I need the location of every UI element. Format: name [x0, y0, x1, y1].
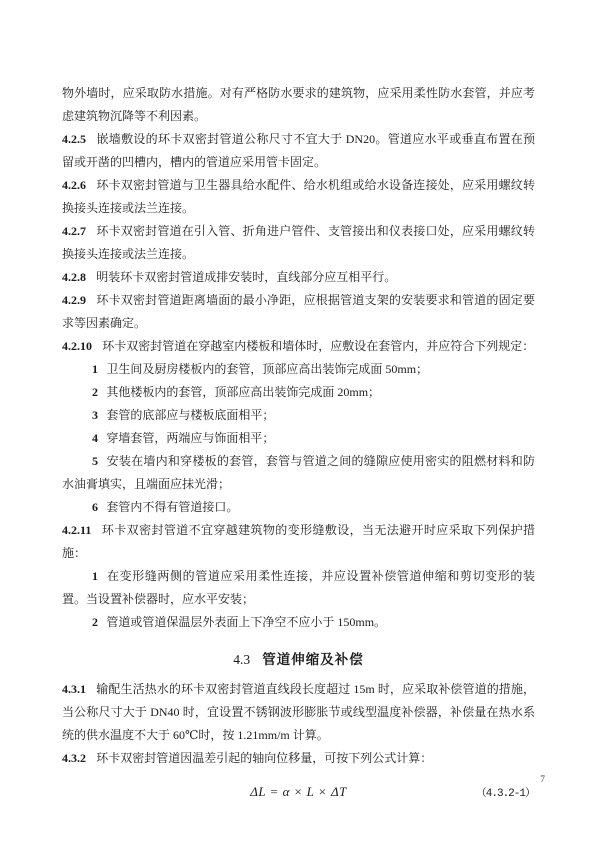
- list-item: 1在变形缝两侧的管道应采用柔性连接，并应设置补偿管道伸缩和剪切变形的装置。当设置…: [62, 565, 535, 611]
- list-item: 3套管的底部应与楼板底面相平；: [62, 404, 535, 427]
- paragraph-text: 环卡双密封管道距离墙面的最小净距，应根据管道支架的安装要求和管道的固定要求等因素…: [62, 293, 535, 330]
- item-number: 6: [92, 500, 98, 514]
- clause-paragraph: 4.2.8明装环卡双密封管道成排安装时，直线部分应互相平行。: [62, 266, 535, 289]
- item-number: 4: [92, 431, 98, 445]
- item-number: 2: [92, 385, 98, 399]
- clause-paragraph: 4.2.6环卡双密封管道与卫生器具给水配件、给水机组或给水设备连接处，应采用螺纹…: [62, 174, 535, 220]
- paragraph-text: 环卡双密封管道因温差引起的轴向位移量，可按下列公式计算：: [96, 751, 432, 765]
- item-number: 1: [92, 362, 98, 376]
- paragraph-text: 物外墙时，应采取防水措施。对有严格防水要求的建筑物，应采用柔性防水套管，并应考虑…: [62, 86, 535, 123]
- list-item: 2管道或管道保温层外表面上下净空不应小于 150mm。: [62, 611, 535, 634]
- list-item: 5安装在墙内和穿楼板的套管，套管与管道之间的缝隙应使用密实的阻燃材料和防水油膏填…: [62, 450, 535, 496]
- paragraph-text: 输配生活热水的环卡双密封管道直线段长度超过 15m 时，应采取补偿管道的措施，当…: [62, 682, 535, 742]
- clause-number: 4.2.11: [62, 523, 91, 537]
- item-number: 2: [92, 615, 98, 629]
- item-number: 1: [92, 569, 98, 583]
- paragraph-text: 环卡双密封管道在穿越室内楼板和墙体时，应敷设在套管内，并应符合下列规定：: [102, 339, 534, 353]
- paragraph-text: 明装环卡双密封管道成排安装时，直线部分应互相平行。: [96, 270, 396, 284]
- paragraph-text: 穿墙套管，两端应与饰面相平；: [106, 431, 274, 445]
- section-number: 4.3: [233, 652, 250, 667]
- paragraph-text: 在变形缝两侧的管道应采用柔性连接，并应设置补偿管道伸缩和剪切变形的装置。当设置补…: [62, 569, 535, 606]
- paragraph-text: 套管内不得有管道接口。: [106, 500, 238, 514]
- item-number: 3: [92, 408, 98, 422]
- section-title: 管道伸缩及补偿: [262, 652, 364, 667]
- clause-paragraph: 4.2.11环卡双密封管道不宜穿越建筑物的变形缝敷设，当无法避开时应采取下列保护…: [62, 519, 535, 565]
- clause-paragraph: 4.2.10环卡双密封管道在穿越室内楼板和墙体时，应敷设在套管内，并应符合下列规…: [62, 335, 535, 358]
- formula-block: ΔL = α × L × ΔT（4.3.2-1）: [62, 780, 535, 804]
- clause-number: 4.2.5: [62, 132, 86, 146]
- clause-number: 4.3.2: [62, 751, 86, 765]
- page-number: 7: [540, 775, 545, 785]
- paragraph-text: 管道或管道保温层外表面上下净空不应小于 150mm。: [106, 615, 386, 629]
- list-item: 6套管内不得有管道接口。: [62, 496, 535, 519]
- document-body: 物外墙时，应采取防水措施。对有严格防水要求的建筑物，应采用柔性防水套管，并应考虑…: [62, 82, 535, 804]
- equation-number: （4.3.2-1）: [476, 782, 535, 806]
- clause-paragraph: 4.2.5嵌墙敷设的环卡双密封管道公称尺寸不宜大于 DN20。管道应水平或垂直布…: [62, 128, 535, 174]
- paragraph-text: 嵌墙敷设的环卡双密封管道公称尺寸不宜大于 DN20。管道应水平或垂直布置在预留或…: [62, 132, 535, 169]
- section-heading: 4.3管道伸缩及补偿: [62, 648, 535, 672]
- list-item: 4穿墙套管，两端应与饰面相平；: [62, 427, 535, 450]
- formula-expression: ΔL = α × L × ΔT: [250, 784, 347, 799]
- clause-paragraph: 4.2.9环卡双密封管道距离墙面的最小净距，应根据管道支架的安装要求和管道的固定…: [62, 289, 535, 335]
- clause-paragraph: 4.2.7环卡双密封管道在引入管、折角进户管件、支管接出和仪表接口处，应采用螺纹…: [62, 220, 535, 266]
- clause-number: 4.2.7: [62, 224, 86, 238]
- clause-number: 4.3.1: [62, 682, 86, 696]
- continuation-paragraph: 物外墙时，应采取防水措施。对有严格防水要求的建筑物，应采用柔性防水套管，并应考虑…: [62, 82, 535, 128]
- document-page: 物外墙时，应采取防水措施。对有严格防水要求的建筑物，应采用柔性防水套管，并应考虑…: [0, 0, 596, 843]
- paragraph-text: 环卡双密封管道不宜穿越建筑物的变形缝敷设，当无法避开时应采取下列保护措施：: [62, 523, 535, 560]
- paragraph-text: 环卡双密封管道与卫生器具给水配件、给水机组或给水设备连接处，应采用螺纹转换接头连…: [62, 178, 535, 215]
- paragraph-text: 其他楼板内的套管，顶部应高出装饰完成面 20mm；: [106, 385, 380, 399]
- item-number: 5: [92, 454, 98, 468]
- clause-paragraph: 4.3.2环卡双密封管道因温差引起的轴向位移量，可按下列公式计算：: [62, 747, 535, 770]
- paragraph-text: 套管的底部应与楼板底面相平；: [106, 408, 274, 422]
- list-item: 1卫生间及厨房楼板内的套管，顶部应高出装饰完成面 50mm；: [62, 358, 535, 381]
- paragraph-text: 卫生间及厨房楼板内的套管，顶部应高出装饰完成面 50mm；: [106, 362, 428, 376]
- clause-number: 4.2.10: [62, 339, 92, 353]
- list-item: 2其他楼板内的套管，顶部应高出装饰完成面 20mm；: [62, 381, 535, 404]
- paragraph-text: 环卡双密封管道在引入管、折角进户管件、支管接出和仪表接口处，应采用螺纹转换接头连…: [62, 224, 535, 261]
- clause-number: 4.2.8: [62, 270, 86, 284]
- clause-paragraph: 4.3.1输配生活热水的环卡双密封管道直线段长度超过 15m 时，应采取补偿管道…: [62, 678, 535, 747]
- clause-number: 4.2.9: [62, 293, 86, 307]
- paragraph-text: 安装在墙内和穿楼板的套管，套管与管道之间的缝隙应使用密实的阻燃材料和防水油膏填实…: [62, 454, 535, 491]
- clause-number: 4.2.6: [62, 178, 86, 192]
